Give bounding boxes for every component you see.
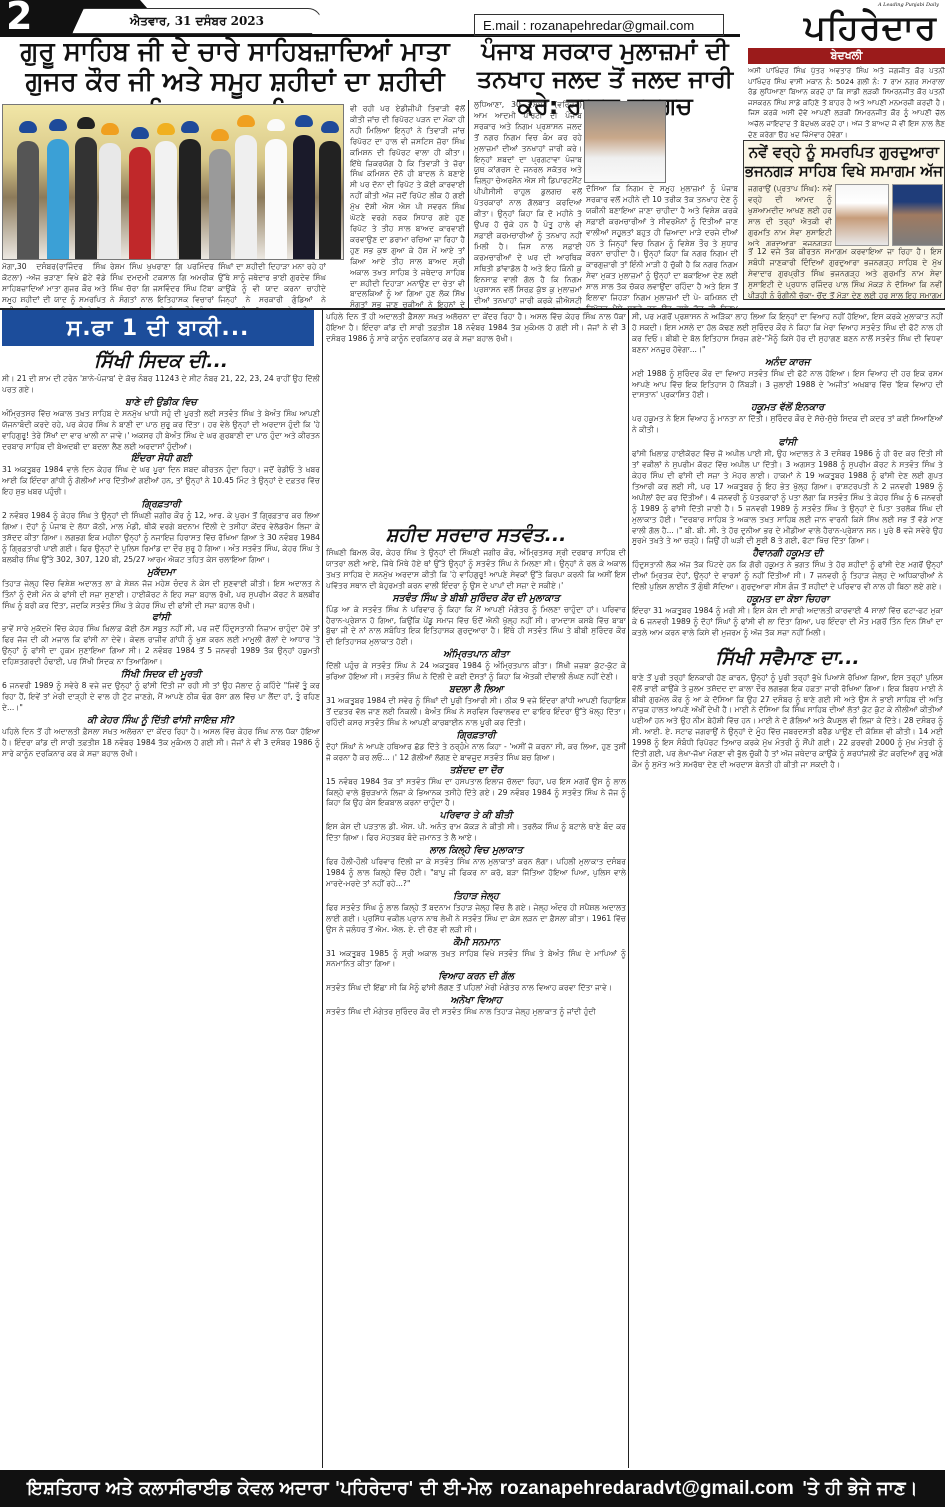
footer-text: ਇਸ਼ਤਿਹਾਰ ਅਤੇ ਕਲਾਸੀਫਾਈਡ ਕੇਵਲ ਅਦਾਰਾ 'ਪਹਿਰੇ… bbox=[27, 1478, 491, 1499]
paragraph: 31 ਅਕਤੂਬਰ 1984 ਦੀ ਸਵੇਰ ਨੂੰ ਸਿੰਘਾਂ ਦੀ ਪੂਰ… bbox=[326, 696, 626, 729]
footer-text-end: 'ਤੇ ਹੀ ਭੇਜੇ ਜਾਣ। bbox=[802, 1478, 918, 1499]
subhead: ਬਾਣੇ ਦੀ ਉਡੀਕ ਵਿਚ bbox=[2, 396, 320, 409]
paragraph: 2 ਨਵੰਬਰ 1984 ਨੂੰ ਕੇਹਰ ਸਿੰਘ ਤੇ ਉਨ੍ਹਾਂ ਦੀ … bbox=[2, 511, 320, 566]
subhead: ਵਿਆਹ ਕਰਨ ਦੀ ਗੱਲ bbox=[326, 970, 626, 983]
paragraph: ਫਿਰ ਹੌਲੀ-ਹੌਲੀ ਪਰਿਵਾਰ ਦਿੱਲੀ ਜਾ ਕੇ ਸਤਵੰਤ ਸ… bbox=[326, 857, 626, 890]
event-box: ਨਵੇਂ ਵਰ੍ਹੇ ਨੂੰ ਸਮਰਪਿਤ ਗੁਰਦੁਆਰਾ ਭਜਨਗੜ ਸਾਹ… bbox=[743, 140, 945, 300]
paragraph: ਫਾਂਸੀ ਖ਼ਿਲਾਫ਼ ਹਾਈਕੋਰਟ ਵਿੱਚ ਜੋ ਅਪੀਲ ਪਾਈ ਸ… bbox=[632, 449, 943, 547]
continuation-banner: ਸ.ਫਾ 1 ਦੀ ਬਾਕੀ... bbox=[2, 310, 314, 346]
shaheedi-col-1: ਮੋਗਾ,30 ਦਸੰਬਰ(ਰਾਜਿੰਦਰ ਸਿੰਘ ਕੋਟਲਾ) -ਅੱਜ ਭ… bbox=[2, 262, 106, 308]
logo-wordmark: ਪਹਿਰੇਦਾਰ bbox=[804, 8, 937, 48]
event-photo-2 bbox=[892, 184, 943, 246]
paragraph: ਸੀ, ਪਰ ਮਗਰੋਂ ਪ੍ਰਸ਼ਾਸਨ ਨੇ ਅੜਿੱਕਾ ਲਾਹ ਲਿਆ … bbox=[632, 312, 943, 356]
notice-text: ਅਸੀ ਪਾਖਿੰਦਰ ਸਿੰਘ ਪੁੱਤਰ ਅਵਤਾਰ ਸਿੰਘ ਅਤੇ ਜਗ… bbox=[748, 66, 945, 138]
paragraph: ਅੰਮ੍ਰਿਤਸਰ ਵਿੱਚ ਅਕਾਲ ਤਖ਼ਤ ਸਾਹਿਬ ਦੇ ਸਨਮੁੱਖ… bbox=[2, 409, 320, 453]
footer-advert-banner: ਇਸ਼ਤਿਹਾਰ ਅਤੇ ਕਲਾਸੀਫਾਈਡ ਕੇਵਲ ਅਦਾਰਾ 'ਪਹਿਰੇ… bbox=[0, 1470, 945, 1507]
event-photo-1 bbox=[835, 184, 889, 246]
tankhah-col-1: ਲੁਧਿਆਣਾ, 30 ਦਸੰਬਰ (ਵਰਿੰਦਰ) ਆਮ ਆਦਮੀ ਪਾਰਟੀ… bbox=[474, 100, 582, 308]
subhead: ਮੁਕੱਦਮਾ bbox=[2, 566, 320, 579]
paragraph: ਪਰ ਹਕੂਮਤ ਨੇ ਇਸ ਵਿਆਹ ਨੂੰ ਮਾਨਤਾ ਨਾ ਦਿੱਤੀ। … bbox=[632, 414, 943, 436]
story-intro: ਸੀ। 21 ਦੀ ਸ਼ਾਮ ਦੀ ਟਰੇਨ 'ਸ਼ਾਨੇ-ਪੰਜਾਬ' ਦੇ … bbox=[2, 374, 320, 396]
paragraph: ਸਤਵੰਤ ਸਿੰਘ ਦੀ ਮੰਗੇਤਰ ਸੁਰਿੰਦਰ ਕੌਰ ਦੀ ਸਤਵੰ… bbox=[326, 1007, 626, 1018]
story-continued-right: ਸੀ, ਪਰ ਮਗਰੋਂ ਪ੍ਰਸ਼ਾਸਨ ਨੇ ਅੜਿੱਕਾ ਲਾਹ ਲਿਆ … bbox=[632, 312, 943, 1466]
subhead: ਗ੍ਰਿਫ਼ਤਾਰੀ bbox=[2, 498, 320, 511]
newspaper-logo: A Leading Punjabi Daily ਪਹਿਰੇਦਾਰ bbox=[745, 2, 943, 46]
paragraph: 31 ਅਕਤੂਬਰ 1985 ਨੂੰ ਸ੍ਰੀ ਅਕਾਲ ਤਖ਼ਤ ਸਾਹਿਬ … bbox=[326, 949, 626, 971]
subhead: ਸਤਵੰਤ ਸਿੰਘ ਤੇ ਬੀਬੀ ਸੁਰਿੰਦਰ ਕੌਰ ਦੀ ਮੁਲਾਕਾ… bbox=[326, 592, 626, 605]
subhead: ਫਾਂਸੀ bbox=[2, 611, 320, 624]
paragraph: ਸਿੰਘਣੀ ਬਿਮਲ ਕੌਰ, ਕੇਹਰ ਸਿੰਘ ਤੇ ਉਨ੍ਹਾਂ ਦੀ … bbox=[326, 548, 626, 592]
paragraph: ਮਈ 1988 ਨੂੰ ਸੁਰਿੰਦਰ ਕੌਰ ਦਾ ਵਿਆਹ ਸਤਵੰਤ ਸਿ… bbox=[632, 369, 943, 402]
event-body: ਤੋਂ 12 ਵਜੇ ਤੱਕ ਕੀਰਤਨ ਸਮਾਗਮ ਕਰਵਾਇਆ ਜਾ ਰਿਹ… bbox=[748, 247, 942, 299]
paragraph: ਭਾਵੇਂ ਸਾਰੇ ਮੁਕੱਦਮੇ ਵਿੱਚ ਕੇਹਰ ਸਿੰਘ ਖ਼ਿਲਾਫ… bbox=[2, 624, 320, 668]
paragraph: ਦਿੱਲੀ ਪਹੁੰਚ ਕੇ ਸਤਵੰਤ ਸਿੰਘ ਨੇ 24 ਅਕਤੂਬਰ 1… bbox=[326, 661, 626, 683]
subhead: ਅੰਮ੍ਰਿਤਪਾਨ ਕੀਤਾ bbox=[326, 648, 626, 661]
shaheedi-col-3: ਸਿੰਘਾਂ ਦਾ ਸ਼ਹੀਦੀ ਦਿਹਾੜਾ ਮਨਾ ਰਹੇ ਹਾਂ ਉੱਥੇ… bbox=[218, 262, 326, 308]
story-shaheed-satwant: ਪਹਿਲੇ ਦਿਨ ਤੋਂ ਹੀ ਅਦਾਲਤੀ ਫ਼ੈਸਲਾ ਸਖ਼ਤ ਅਲੋਚ… bbox=[326, 312, 626, 1466]
notice-title-bar: ਬੇਦਖਲੀ bbox=[748, 48, 945, 64]
paragraph: ਫਿਰ ਸਤਵੰਤ ਸਿੰਘ ਨੂੰ ਲਾਲ ਕਿਲ੍ਹੇ ਤੋਂ ਬਦਨਾਮ … bbox=[326, 903, 626, 936]
footer-email[interactable]: rozanapehredaradvt@gmail.com bbox=[500, 1478, 794, 1500]
subhead: ਕੌਮੀ ਸਨਮਾਨ bbox=[326, 936, 626, 949]
story-title: ਸਿੱਖੀ ਸਿਦਕ ਦੀ... bbox=[2, 348, 320, 374]
paragraph: ਥਾਣੇ ਤੋਂ ਪੂਰੀ ਤਰ੍ਹਾਂ ਇਨਕਾਰੀ ਹੋਣ ਕਾਰਨ, ਉਨ… bbox=[632, 673, 943, 771]
subhead: ਸਿੱਖੀ ਸਿਦਕ ਦੀ ਮੂਰਤੀ bbox=[2, 668, 320, 681]
subhead: ਅਨੰਦ ਕਾਰਜ bbox=[632, 356, 943, 369]
subhead: ਲਾਲ ਕਿਲ੍ਹੇ ਵਿਚ ਮੁਲਾਕਾਤ bbox=[326, 844, 626, 857]
group-photo bbox=[2, 104, 344, 260]
shaheedi-col-2: ਰੇਸ਼ਮ ਸਿੰਘ ਖੁਖਰਾਣਾ ਗਿ ਪਰਮਿੰਦਰ ਸਿੰਘ ਦਮਦਮੀ… bbox=[110, 262, 214, 308]
paragraph: ਪਿੰਡ ਆ ਕੇ ਸਤਵੰਤ ਸਿੰਘ ਨੇ ਪਰਿਵਾਰ ਨੂੰ ਕਿਹਾ … bbox=[326, 605, 626, 649]
subhead: ਤਿਹਾੜ ਜੇਲ੍ਹ bbox=[326, 890, 626, 903]
subhead: ਫਾਂਸੀ bbox=[632, 436, 943, 449]
column-divider bbox=[322, 310, 323, 1468]
subhead: ਬਦਲਾ ਲੈ ਲਿਆ bbox=[326, 683, 626, 696]
paragraph: ਇੰਦਰਾ 31 ਅਕਤੂਬਰ 1984 ਨੂੰ ਮਰੀ ਸੀ। ਇਸ ਕੇਸ … bbox=[632, 606, 943, 639]
page-number: 2 bbox=[6, 0, 32, 36]
paragraph: ਤਿਹਾੜ ਜੇਲ੍ਹ ਵਿੱਚ ਵਿਸ਼ੇਸ਼ ਅਦਾਲਤ ਲਾ ਕੇ ਸੇਸ… bbox=[2, 579, 320, 612]
shaheedi-col-4: ਵੀ ਰਹੀ ਪਰ ਏਡੀਜੀਪੀ ਤਿਵਾੜੀ ਵੱਲੋਂ ਕੀਤੀ ਜਾਂਚ… bbox=[350, 104, 465, 308]
subhead: ਹਕੂਮਤ ਵੱਲੋਂ ਇਨਕਾਰ bbox=[632, 401, 943, 414]
subhead: ਹੈਵਾਨਗੀ ਹਕੂਮਤ ਦੀ bbox=[632, 547, 943, 560]
story-sikhi-sidak: ਸਿੱਖੀ ਸਿਦਕ ਦੀ... ਸੀ। 21 ਦੀ ਸ਼ਾਮ ਦੀ ਟਰੇਨ … bbox=[2, 348, 320, 1466]
paragraph: 15 ਨਵੰਬਰ 1984 ਤੱਕ ਤਾਂ ਸਤਵੰਤ ਸਿੰਘ ਦਾ ਹਸਪਤ… bbox=[326, 777, 626, 810]
paragraph: ਪਹਿਲੇ ਦਿਨ ਤੋਂ ਹੀ ਅਦਾਲਤੀ ਫ਼ੈਸਲਾ ਸਖ਼ਤ ਅਲੋਚ… bbox=[2, 727, 320, 760]
subhead: ਤਸ਼ੱਦਦ ਦਾ ਦੌਰ bbox=[326, 764, 626, 777]
subhead: ਹਕੂਮਤ ਦਾ ਕੋਝਾ ਚਿਹਰਾ bbox=[632, 593, 943, 606]
subhead: ਇੰਦਰਾ ਸੋਧੀ ਗਈ bbox=[2, 452, 320, 465]
paragraph: 31 ਅਕਤੂਬਰ 1984 ਵਾਲੇ ਦਿਨ ਕੇਹਰ ਸਿੰਘ ਦੇ ਘਰ … bbox=[2, 465, 320, 498]
paragraph: ਸਤਵੰਤ ਸਿੰਘ ਦੀ ਇੱਛਾ ਸੀ ਕਿ ਮੈਨੂੰ ਫਾਂਸੀ ਲੱਗ… bbox=[326, 983, 626, 994]
event-intro: ਜਗਰਾਉਂ (ਪ੍ਰਤਾਪ ਸਿੰਘ): ਨਵੇਂ ਵਰ੍ਹੇ ਦੀ ਆਮਦ … bbox=[748, 184, 832, 246]
column-divider bbox=[628, 310, 629, 1468]
column-divider bbox=[468, 100, 469, 308]
paragraph: ਹਿੰਦੁਸਤਾਨੀ ਲੋਕ ਅੱਜ ਤੱਕ ਪਿੱਟਦੇ ਹਨ ਕਿ ਗੋਰੀ… bbox=[632, 560, 943, 593]
event-title: ਨਵੇਂ ਵਰ੍ਹੇ ਨੂੰ ਸਮਰਪਿਤ ਗੁਰਦੁਆਰਾ ਭਜਨਗੜ ਸਾਹ… bbox=[744, 143, 944, 181]
paragraph: ਦੋਹਾਂ ਸਿੰਘਾਂ ਨੇ ਆਪਣੇ ਹਥਿਆਰ ਛੱਡ ਦਿੱਤੇ ਤੇ … bbox=[326, 742, 626, 764]
paragraph: ਪਹਿਲੇ ਦਿਨ ਤੋਂ ਹੀ ਅਦਾਲਤੀ ਫ਼ੈਸਲਾ ਸਖ਼ਤ ਅਲੋਚ… bbox=[326, 312, 626, 522]
subhead: ਗ੍ਰਿਫ਼ਤਾਰੀ bbox=[326, 729, 626, 742]
subhead: ਅਨੋਖਾ ਵਿਆਹ bbox=[326, 994, 626, 1007]
subhead: ਪਰਿਵਾਰ ਤੇ ਕੀ ਬੀਤੀ bbox=[326, 809, 626, 822]
story-title: ਸਿੱਖੀ ਸਵੈਮਾਣ ਦਾ... bbox=[632, 643, 943, 673]
tankhah-col-2: ਦੱਸਿਆ ਕਿ ਨਿਗਮ ਦੇ ਸਮੂਹ ਮੁਲਾਜ਼ਮਾਂ ਨੂੰ ਪੰਜਾ… bbox=[586, 184, 738, 308]
subhead: ਕੀ ਕੇਹਰ ਸਿੰਘ ਨੂੰ ਦਿੱਤੀ ਫਾਂਸੀ ਜਾਇਜ਼ ਸੀ? bbox=[2, 714, 320, 727]
contact-email[interactable]: E.mail : rozanapehredar@gmail.com bbox=[474, 14, 724, 36]
story-title: ਸ਼ਹੀਦ ਸਰਦਾਰ ਸਤਵੰਤ... bbox=[326, 522, 626, 548]
portrait-photo bbox=[584, 101, 666, 183]
issue-date: ਐਤਵਾਰ, 31 ਦਸੰਬਰ 2023 bbox=[72, 8, 322, 34]
paragraph: 6 ਜਨਵਰੀ 1989 ਨੂੰ ਸਵੇਰੇ 8 ਵਜੇ ਜਦ ਉਨ੍ਹਾਂ ਨ… bbox=[2, 681, 320, 714]
paragraph: ਇਸ ਕੇਸ ਦੀ ਪੜਤਾਲ ਡੀ. ਐਸ. ਪੀ. ਅਨੰਤ ਰਾਮ ਕੱਕ… bbox=[326, 822, 626, 844]
